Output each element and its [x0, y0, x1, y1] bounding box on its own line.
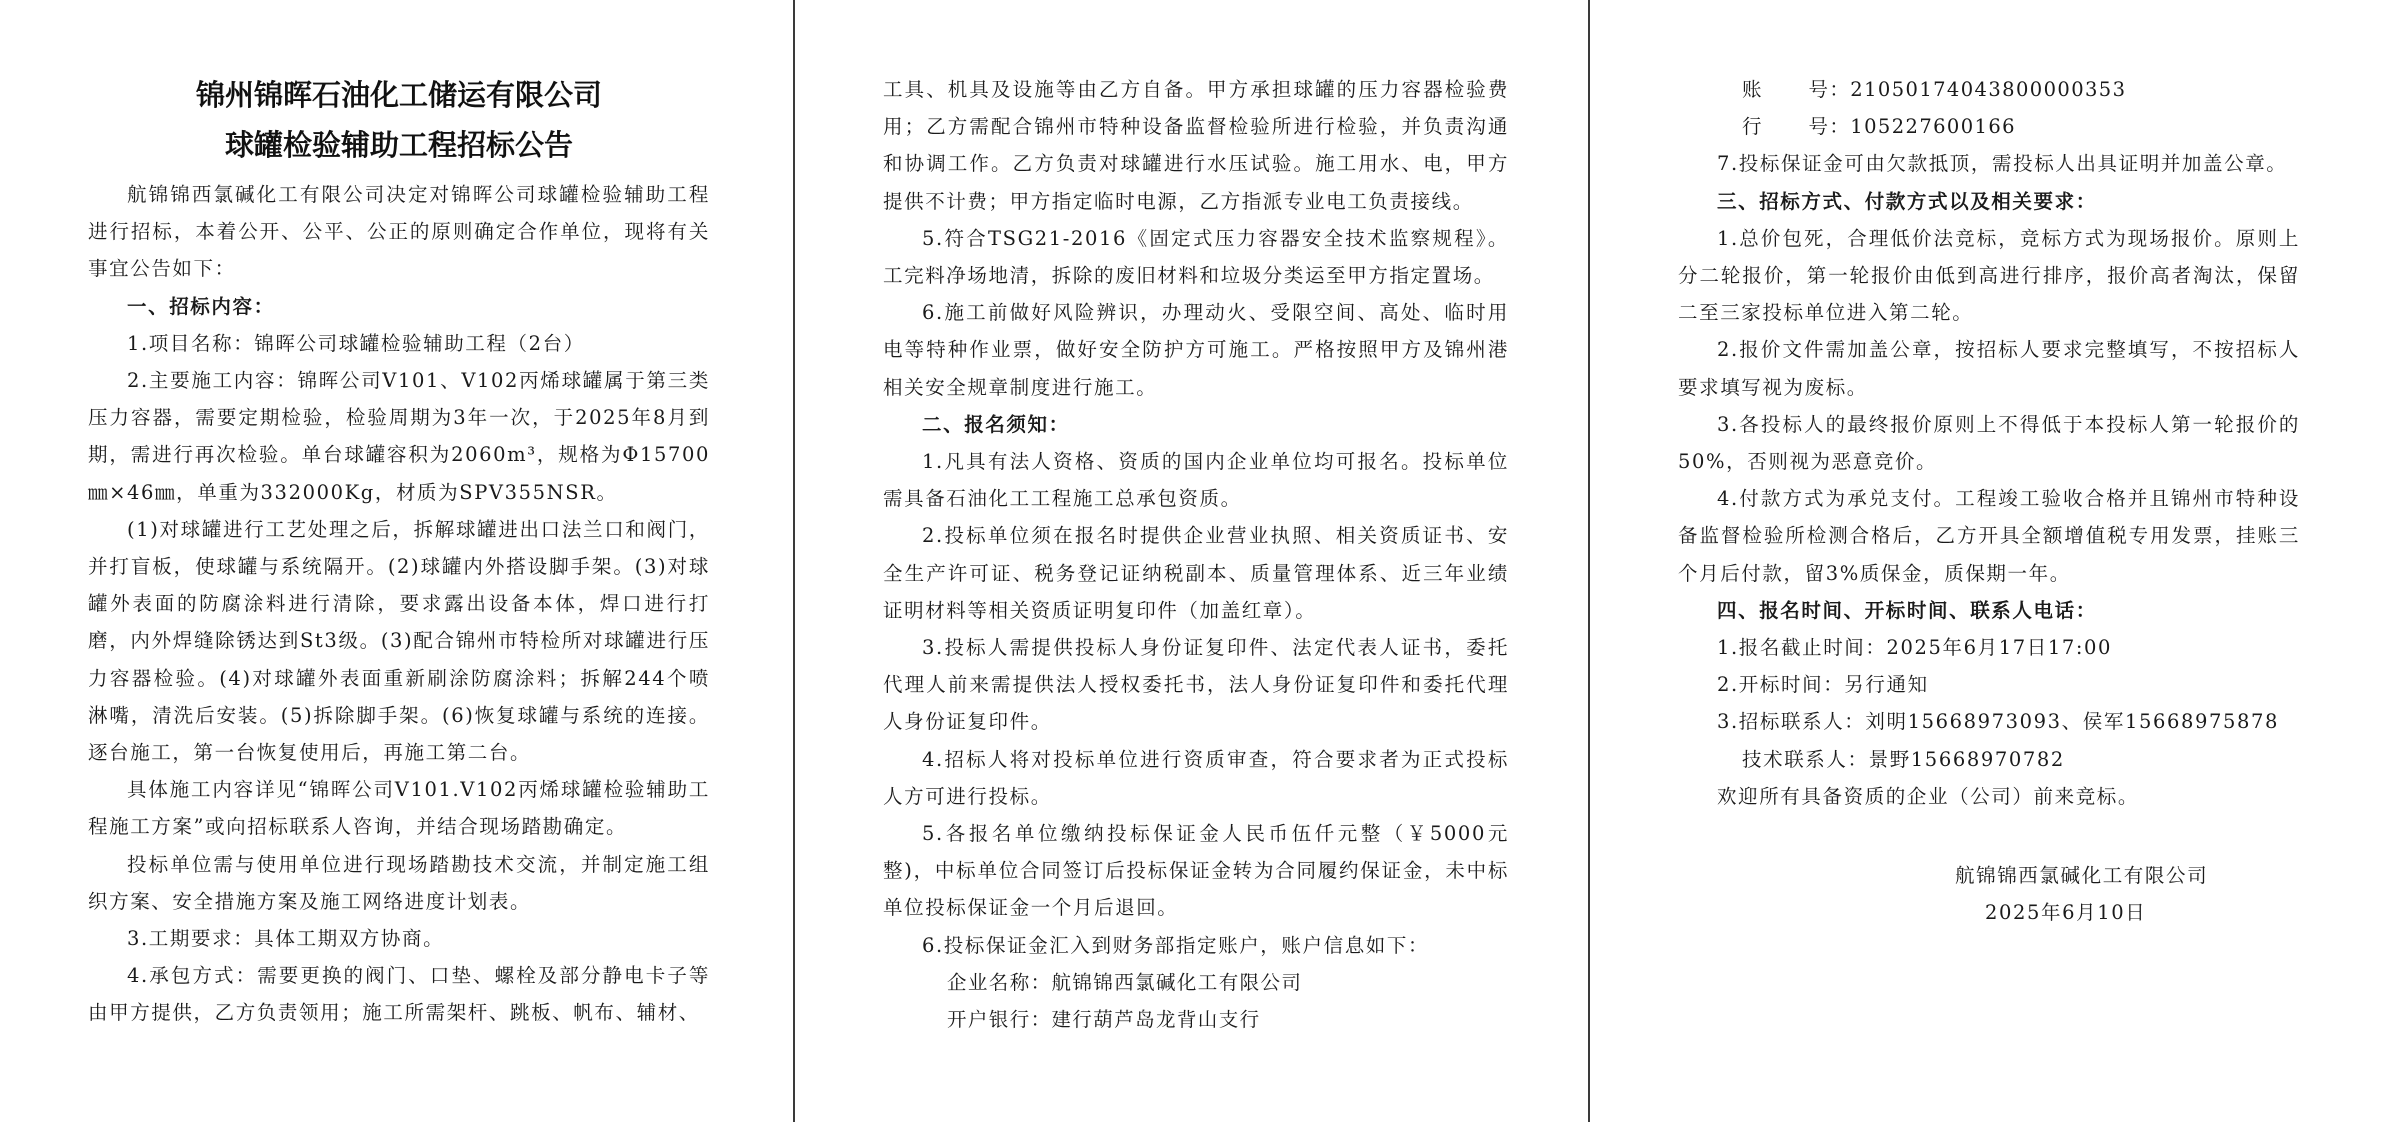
section-2-item-1: 1.凡具有法人资格、资质的国内企业单位均可报名。投标单位需具备石油化工工程施工总…: [883, 443, 1509, 517]
section-1-heading: 一、招标内容：: [88, 288, 710, 325]
page-title-company: 锦州锦晖石油化工储运有限公司: [88, 70, 710, 120]
section-1-item-5: 5.符合TSG21-2016《固定式压力容器安全技术监察规程》。工完料净场地清，…: [883, 220, 1509, 294]
closing-welcome: 欢迎所有具备资质的企业（公司）前来竞标。: [1678, 778, 2300, 815]
section-3-item-2: 2.报价文件需加盖公章，按招标人要求完整填写，不按招标人要求填写视为废标。: [1678, 331, 2300, 405]
section-1-item-4-part-2: 工具、机具及设施等由乙方自备。甲方承担球罐的压力容器检验费用；乙方需配合锦州市特…: [883, 71, 1509, 220]
page-2: 工具、机具及设施等由乙方自备。甲方承担球罐的压力容器检验费用；乙方需配合锦州市特…: [796, 0, 1588, 1122]
section-1-item-2: 2.主要施工内容：锦晖公司V101、V102丙烯球罐属于第三类压力容器，需要定期…: [88, 362, 710, 511]
section-3-item-4: 4.付款方式为承兑支付。工程竣工验收合格并且锦州市特种设备监督检验所检测合格后，…: [1678, 480, 2300, 592]
signature-company: 航锦锦西氯碱化工有限公司: [1955, 857, 2208, 894]
section-3-item-3: 3.各投标人的最终报价原则上不得低于本投标人第一轮报价的50%，否则视为恶意竞价…: [1678, 406, 2300, 480]
account-company-name: 企业名称：航锦锦西氯碱化工有限公司: [883, 964, 1509, 1001]
section-2-item-3: 3.投标人需提供投标人身份证复印件、法定代表人证书，委托代理人前来需提供法人授权…: [883, 629, 1509, 741]
section-1-item-1: 1.项目名称：锦晖公司球罐检验辅助工程（2台）: [88, 325, 710, 362]
page-divider-1: [793, 0, 795, 1122]
section-1-item-6: 6.施工前做好风险辨识，办理动火、受限空间、高处、临时用电等特种作业票，做好安全…: [883, 294, 1509, 406]
page-2-body: 工具、机具及设施等由乙方自备。甲方承担球罐的压力容器检验费用；乙方需配合锦州市特…: [883, 71, 1509, 1038]
section-2-item-7: 7.投标保证金可由欠款抵顶，需投标人出具证明并加盖公章。: [1678, 145, 2300, 182]
section-1-item-2-detail: (1)对球罐进行工艺处理之后，拆解球罐进出口法兰口和阀门，并打盲板，使球罐与系统…: [88, 511, 710, 771]
section-4-heading: 四、报名时间、开标时间、联系人电话：: [1678, 592, 2300, 629]
page-3: 账 号：21050174043800000353 行 号：10522760016…: [1590, 0, 2383, 1122]
page-1: 锦州锦晖石油化工储运有限公司 球罐检验辅助工程招标公告 航锦锦西氯碱化工有限公司…: [0, 0, 794, 1122]
section-1-item-4-part-1: 4.承包方式：需要更换的阀门、口垫、螺栓及部分静电卡子等由甲方提供，乙方负责领用…: [88, 957, 710, 1031]
section-2-item-5: 5.各报名单位缴纳投标保证金人民币伍仟元整（￥5000元整)，中标单位合同签订后…: [883, 815, 1509, 927]
account-number: 账 号：21050174043800000353: [1678, 71, 2300, 108]
intro-paragraph: 航锦锦西氯碱化工有限公司决定对锦晖公司球罐检验辅助工程进行招标，本着公开、公平、…: [88, 176, 710, 288]
section-2-item-4: 4.招标人将对投标单位进行资质审查，符合要求者为正式投标人方可进行投标。: [883, 741, 1509, 815]
title-block: 锦州锦晖石油化工储运有限公司 球罐检验辅助工程招标公告: [88, 70, 710, 170]
section-3-item-1: 1.总价包死，合理低价法竞标，竞标方式为现场报价。原则上分二轮报价，第一轮报价由…: [1678, 220, 2300, 332]
section-4-item-3: 3.招标联系人：刘明15668973093、侯军15668975878: [1678, 703, 2300, 740]
page-title-notice: 球罐检验辅助工程招标公告: [88, 120, 710, 170]
page-3-body: 账 号：21050174043800000353 行 号：10522760016…: [1678, 71, 2300, 815]
section-1-item-2-reference: 具体施工内容详见“锦晖公司V101.V102丙烯球罐检验辅助工程施工方案”或向招…: [88, 771, 710, 845]
signature-date: 2025年6月10日: [1985, 894, 2146, 931]
account-bank: 开户银行：建行葫芦岛龙背山支行: [883, 1001, 1509, 1038]
section-2-item-6: 6.投标保证金汇入到财务部指定账户，账户信息如下：: [883, 927, 1509, 964]
bank-number: 行 号：105227600166: [1678, 108, 2300, 145]
section-4-item-1: 1.报名截止时间：2025年6月17日17:00: [1678, 629, 2300, 666]
section-1-item-3: 3.工期要求：具体工期双方协商。: [88, 920, 710, 957]
section-3-heading: 三、招标方式、付款方式以及相关要求：: [1678, 183, 2300, 220]
section-2-item-2: 2.投标单位须在报名时提供企业营业执照、相关资质证书、安全生产许可证、税务登记证…: [883, 517, 1509, 629]
section-2-heading: 二、报名须知：: [883, 406, 1509, 443]
page-1-body: 航锦锦西氯碱化工有限公司决定对锦晖公司球罐检验辅助工程进行招标，本着公开、公平、…: [88, 176, 710, 1032]
section-1-item-2-survey: 投标单位需与使用单位进行现场踏勘技术交流，并制定施工组织方案、安全措施方案及施工…: [88, 846, 710, 920]
section-4-tech-contact: 技术联系人：景野15668970782: [1678, 741, 2300, 778]
section-4-item-2: 2.开标时间：另行通知: [1678, 666, 2300, 703]
